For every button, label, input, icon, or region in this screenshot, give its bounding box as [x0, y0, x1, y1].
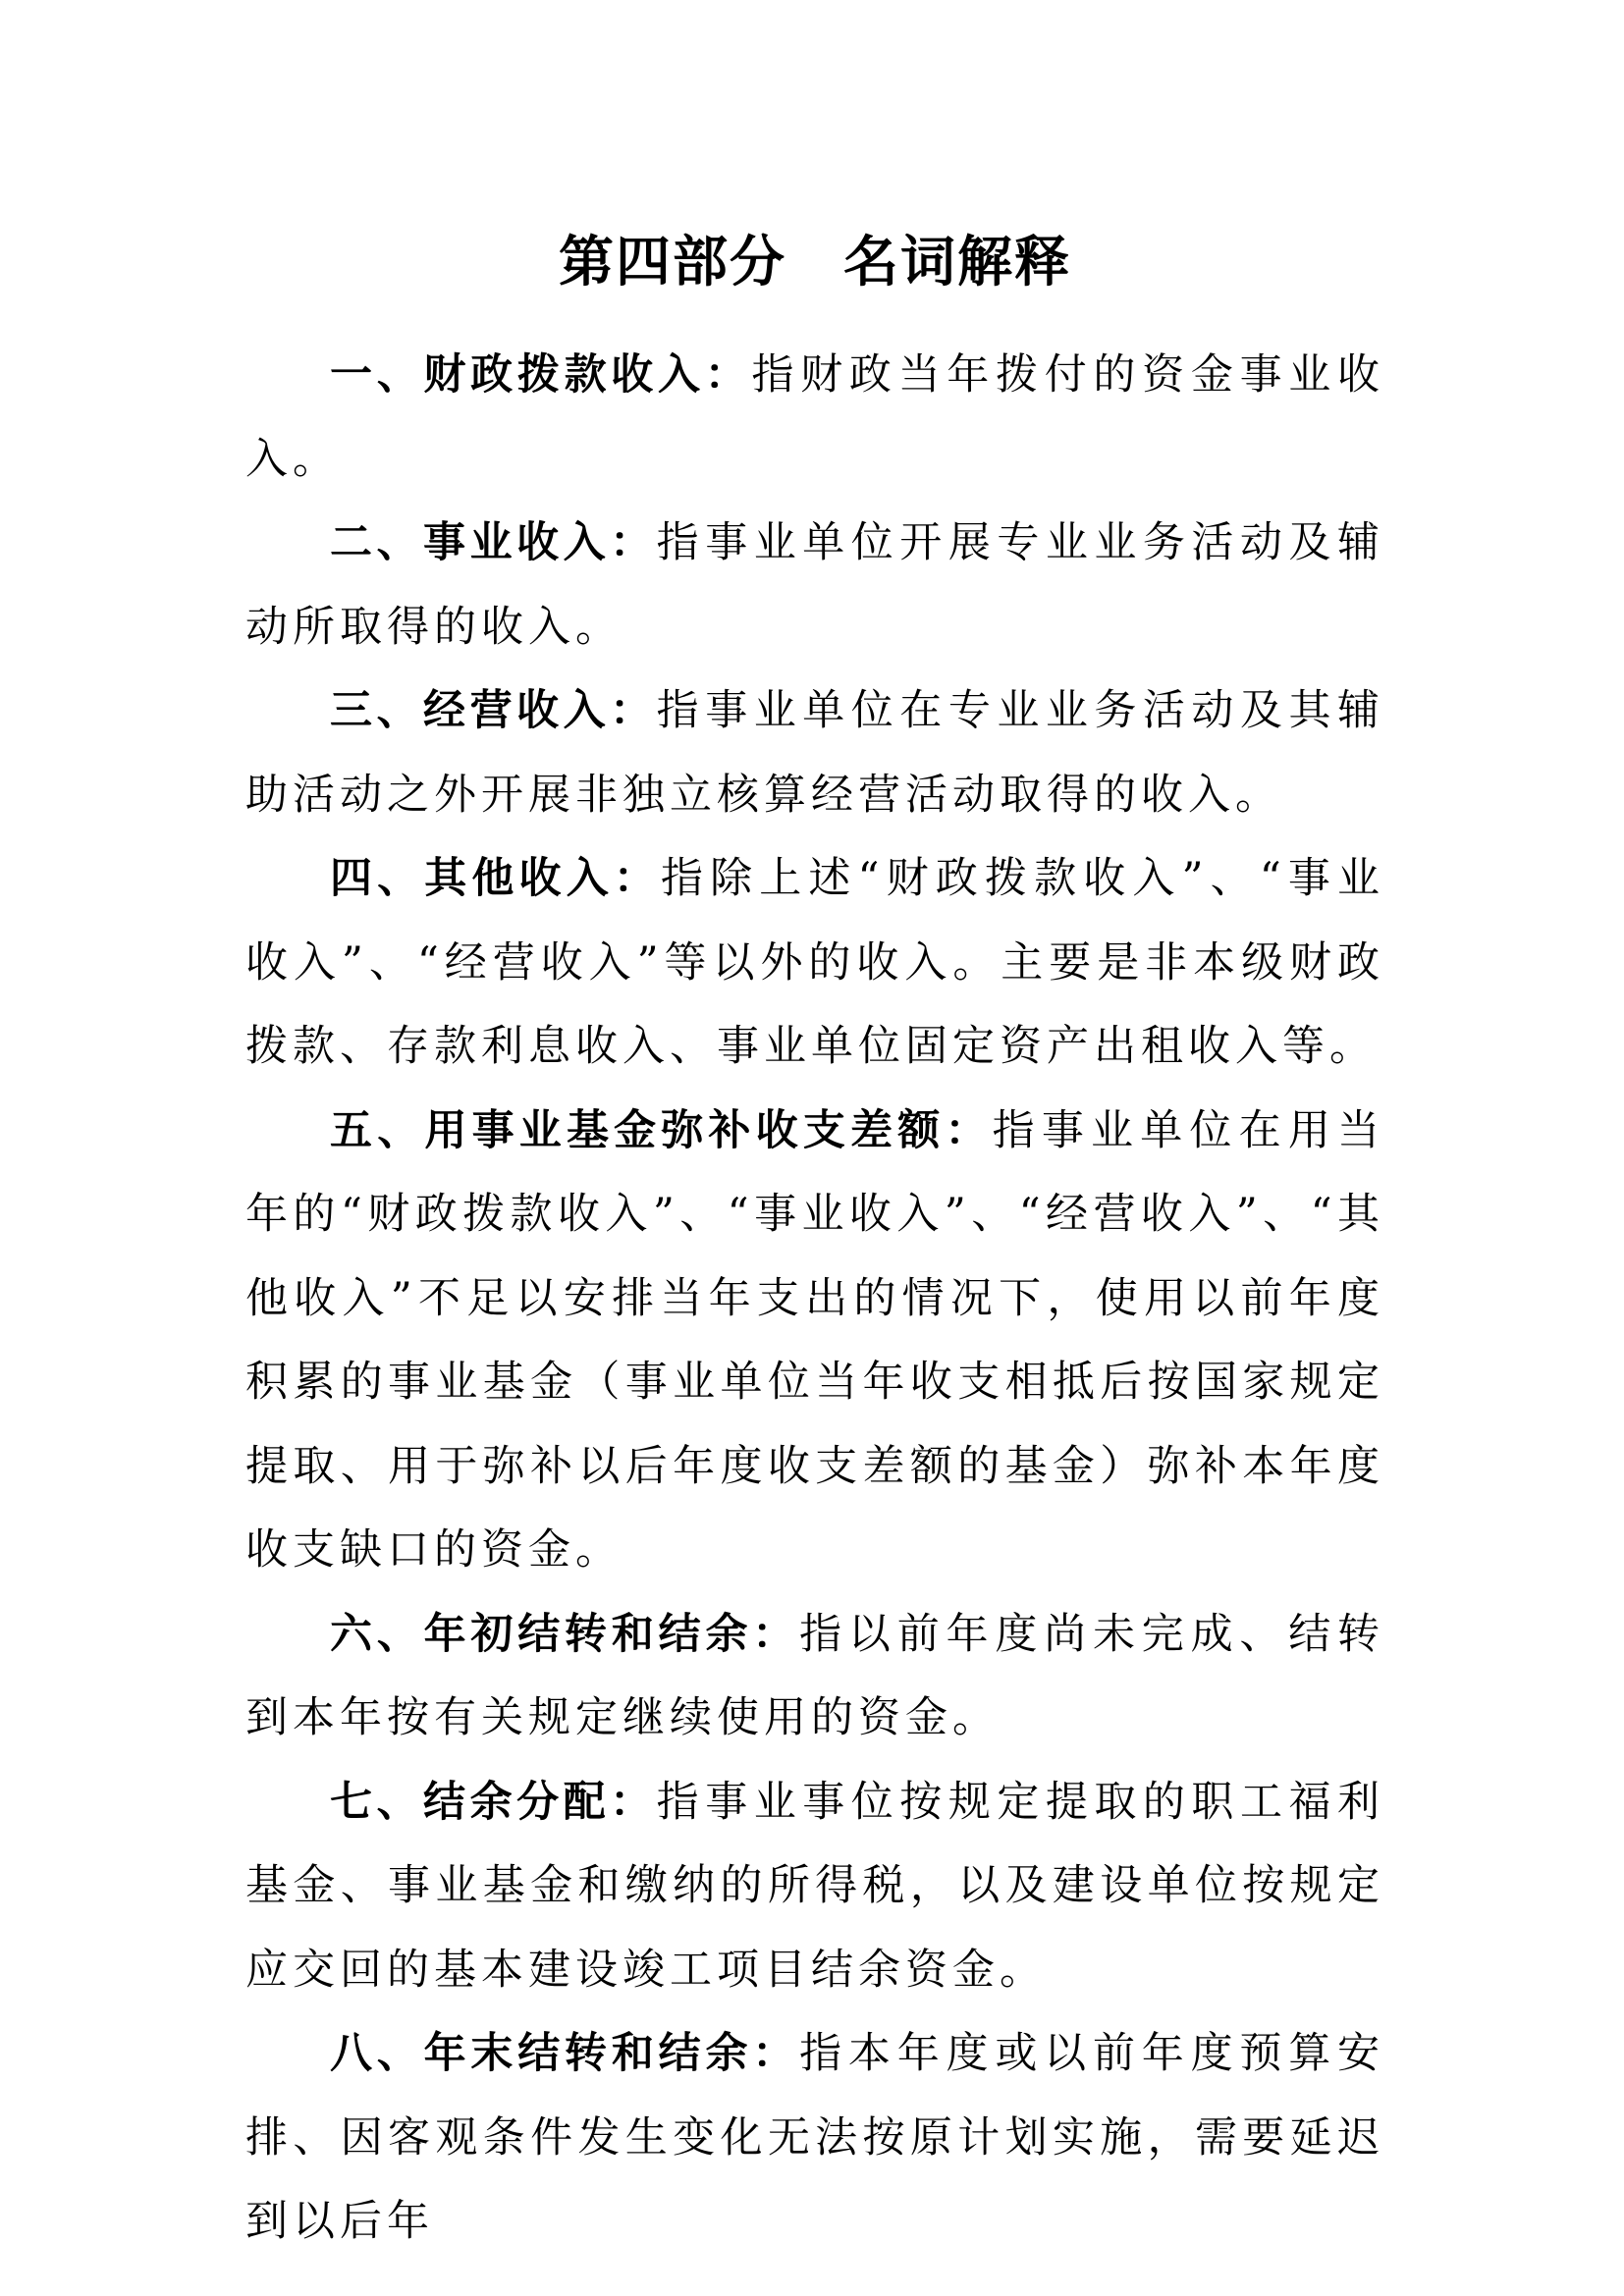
- glossary-entry-2: 二、事业收入：指事业单位开展专业业务活动及辅动所取得的收入。: [245, 502, 1384, 669]
- glossary-entry-6: 六、年初结转和结余：指以前年度尚未完成、结转到本年按有关规定继续使用的资金。: [245, 1593, 1384, 1761]
- entry-term: 六、年初结转和结余：: [330, 1610, 799, 1659]
- entry-term: 二、事业收入：: [330, 518, 657, 567]
- entry-term: 五、用事业基金弥补收支差额：: [330, 1106, 993, 1155]
- entry-definition: 指事业单位在用当年的“财政拨款收入”、“事业收入”、“经营收入”、“其他收入”不…: [245, 1106, 1384, 1575]
- glossary-entry-8: 八、年末结转和结余：指本年度或以前年度预算安排、因客观条件发生变化无法按原计划实…: [245, 2012, 1384, 2265]
- entry-term: 八、年末结转和结余：: [330, 2029, 799, 2078]
- entry-term: 四、其他收入：: [330, 854, 661, 903]
- glossary-entry-3: 三、经营收入：指事业单位在专业业务活动及其辅助活动之外开展非独立核算经营活动取得…: [245, 669, 1384, 837]
- glossary-entry-5: 五、用事业基金弥补收支差额：指事业单位在用当年的“财政拨款收入”、“事业收入”、…: [245, 1090, 1384, 1593]
- entry-term: 七、结余分配：: [330, 1778, 657, 1827]
- entry-term: 一、财政拨款收入：: [330, 350, 751, 400]
- glossary-body: 一、财政拨款收入：指财政当年拨付的资金事业收入。 二、事业收入：指事业单位开展专…: [245, 334, 1384, 2265]
- entry-term: 三、经营收入：: [330, 686, 657, 735]
- glossary-entry-1: 一、财政拨款收入：指财政当年拨付的资金事业收入。: [245, 334, 1384, 502]
- page-title: 第四部分 名词解释: [245, 224, 1384, 302]
- glossary-entry-4: 四、其他收入：指除上述“财政拨款收入”、“事业收入”、“经营收入”等以外的收入。…: [245, 837, 1384, 1090]
- glossary-entry-7: 七、结余分配：指事业事位按规定提取的职工福利基金、事业基金和缴纳的所得税，以及建…: [245, 1761, 1384, 2013]
